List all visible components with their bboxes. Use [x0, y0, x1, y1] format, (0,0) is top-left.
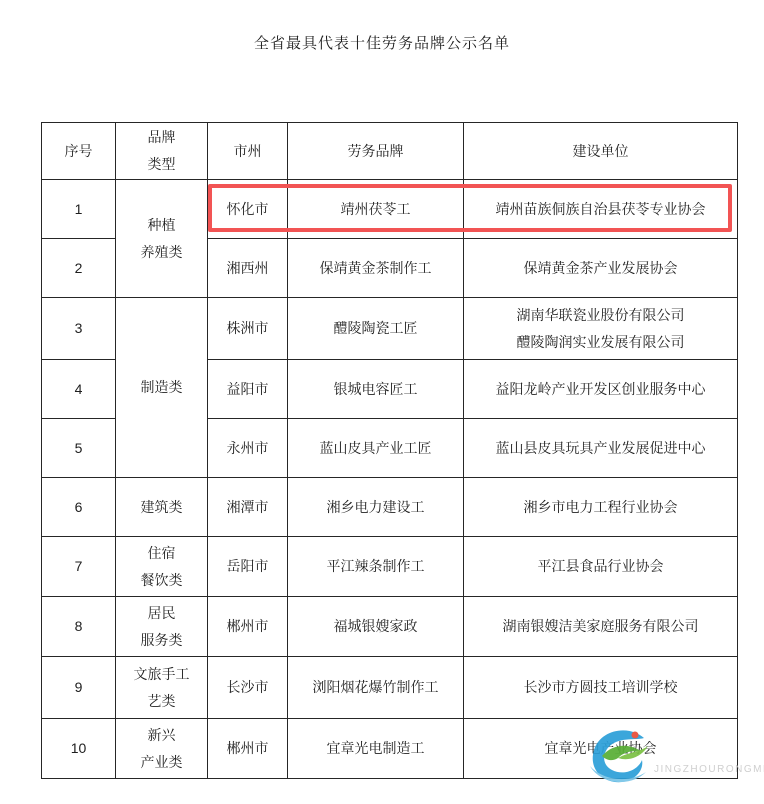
cell-city: 郴州市	[208, 597, 288, 657]
cell-city: 永州市	[208, 419, 288, 478]
table-header-row: 序号 品牌 类型 市州 劳务品牌 建设单位	[42, 123, 738, 180]
cell-city: 益阳市	[208, 360, 288, 419]
cell-city: 湘潭市	[208, 478, 288, 537]
document-page: 全省最具代表十佳劳务品牌公示名单 序号 品牌 类型 市州 劳务品牌 建设单位 1…	[0, 0, 764, 804]
table-row: 9 文旅手工 艺类 长沙市 浏阳烟花爆竹制作工 长沙市方圆技工培训学校	[42, 657, 738, 719]
cell-brand: 醴陵陶瓷工匠	[288, 298, 464, 360]
header-cell-city: 市州	[208, 123, 288, 180]
cell-no: 10	[42, 719, 116, 779]
cell-brand: 蓝山皮具产业工匠	[288, 419, 464, 478]
cell-city: 湘西州	[208, 239, 288, 298]
cell-brand: 靖州茯苓工	[288, 180, 464, 239]
table-row: 10 新兴 产业类 郴州市 宜章光电制造工 宜章光电产业协会	[42, 719, 738, 779]
brands-table: 序号 品牌 类型 市州 劳务品牌 建设单位 1 种植 养殖类 怀化市 靖州茯苓工…	[41, 122, 738, 779]
cell-city: 郴州市	[208, 719, 288, 779]
cell-no: 2	[42, 239, 116, 298]
cell-category: 建筑类	[116, 478, 208, 537]
cell-no: 7	[42, 537, 116, 597]
cell-no: 5	[42, 419, 116, 478]
header-cell-brand: 劳务品牌	[288, 123, 464, 180]
cell-no: 9	[42, 657, 116, 719]
cell-brand: 浏阳烟花爆竹制作工	[288, 657, 464, 719]
page-title: 全省最具代表十佳劳务品牌公示名单	[0, 32, 764, 53]
cell-category: 居民 服务类	[116, 597, 208, 657]
cell-unit: 靖州苗族侗族自治县茯苓专业协会	[464, 180, 738, 239]
cell-unit: 宜章光电产业协会	[464, 719, 738, 779]
cell-no: 8	[42, 597, 116, 657]
cell-category: 制造类	[116, 298, 208, 478]
cell-unit: 益阳龙岭产业开发区创业服务中心	[464, 360, 738, 419]
cell-category: 种植 养殖类	[116, 180, 208, 298]
cell-unit: 湖南华联瓷业股份有限公司 醴陵陶润实业发展有限公司	[464, 298, 738, 360]
cell-brand: 湘乡电力建设工	[288, 478, 464, 537]
cell-brand: 银城电容匠工	[288, 360, 464, 419]
cell-category: 文旅手工 艺类	[116, 657, 208, 719]
table-row: 7 住宿 餐饮类 岳阳市 平江辣条制作工 平江县食品行业协会	[42, 537, 738, 597]
cell-unit: 湖南银嫂洁美家庭服务有限公司	[464, 597, 738, 657]
table-row: 6 建筑类 湘潭市 湘乡电力建设工 湘乡市电力工程行业协会	[42, 478, 738, 537]
cell-no: 6	[42, 478, 116, 537]
cell-unit: 长沙市方圆技工培训学校	[464, 657, 738, 719]
cell-category: 住宿 餐饮类	[116, 537, 208, 597]
cell-city: 怀化市	[208, 180, 288, 239]
cell-unit: 湘乡市电力工程行业协会	[464, 478, 738, 537]
cell-unit: 平江县食品行业协会	[464, 537, 738, 597]
cell-no: 4	[42, 360, 116, 419]
cell-city: 株洲市	[208, 298, 288, 360]
header-cell-no: 序号	[42, 123, 116, 180]
cell-brand: 宜章光电制造工	[288, 719, 464, 779]
cell-city: 岳阳市	[208, 537, 288, 597]
cell-no: 3	[42, 298, 116, 360]
cell-brand: 平江辣条制作工	[288, 537, 464, 597]
table-row: 3 制造类 株洲市 醴陵陶瓷工匠 湖南华联瓷业股份有限公司 醴陵陶润实业发展有限…	[42, 298, 738, 360]
cell-unit: 蓝山县皮具玩具产业发展促进中心	[464, 419, 738, 478]
cell-category: 新兴 产业类	[116, 719, 208, 779]
header-cell-unit: 建设单位	[464, 123, 738, 180]
header-cell-category: 品牌 类型	[116, 123, 208, 180]
cell-no: 1	[42, 180, 116, 239]
cell-brand: 福城银嫂家政	[288, 597, 464, 657]
cell-city: 长沙市	[208, 657, 288, 719]
brands-table-container: 序号 品牌 类型 市州 劳务品牌 建设单位 1 种植 养殖类 怀化市 靖州茯苓工…	[41, 122, 737, 779]
table-row: 1 种植 养殖类 怀化市 靖州茯苓工 靖州苗族侗族自治县茯苓专业协会	[42, 180, 738, 239]
table-row: 8 居民 服务类 郴州市 福城银嫂家政 湖南银嫂洁美家庭服务有限公司	[42, 597, 738, 657]
cell-brand: 保靖黄金茶制作工	[288, 239, 464, 298]
cell-unit: 保靖黄金茶产业发展协会	[464, 239, 738, 298]
